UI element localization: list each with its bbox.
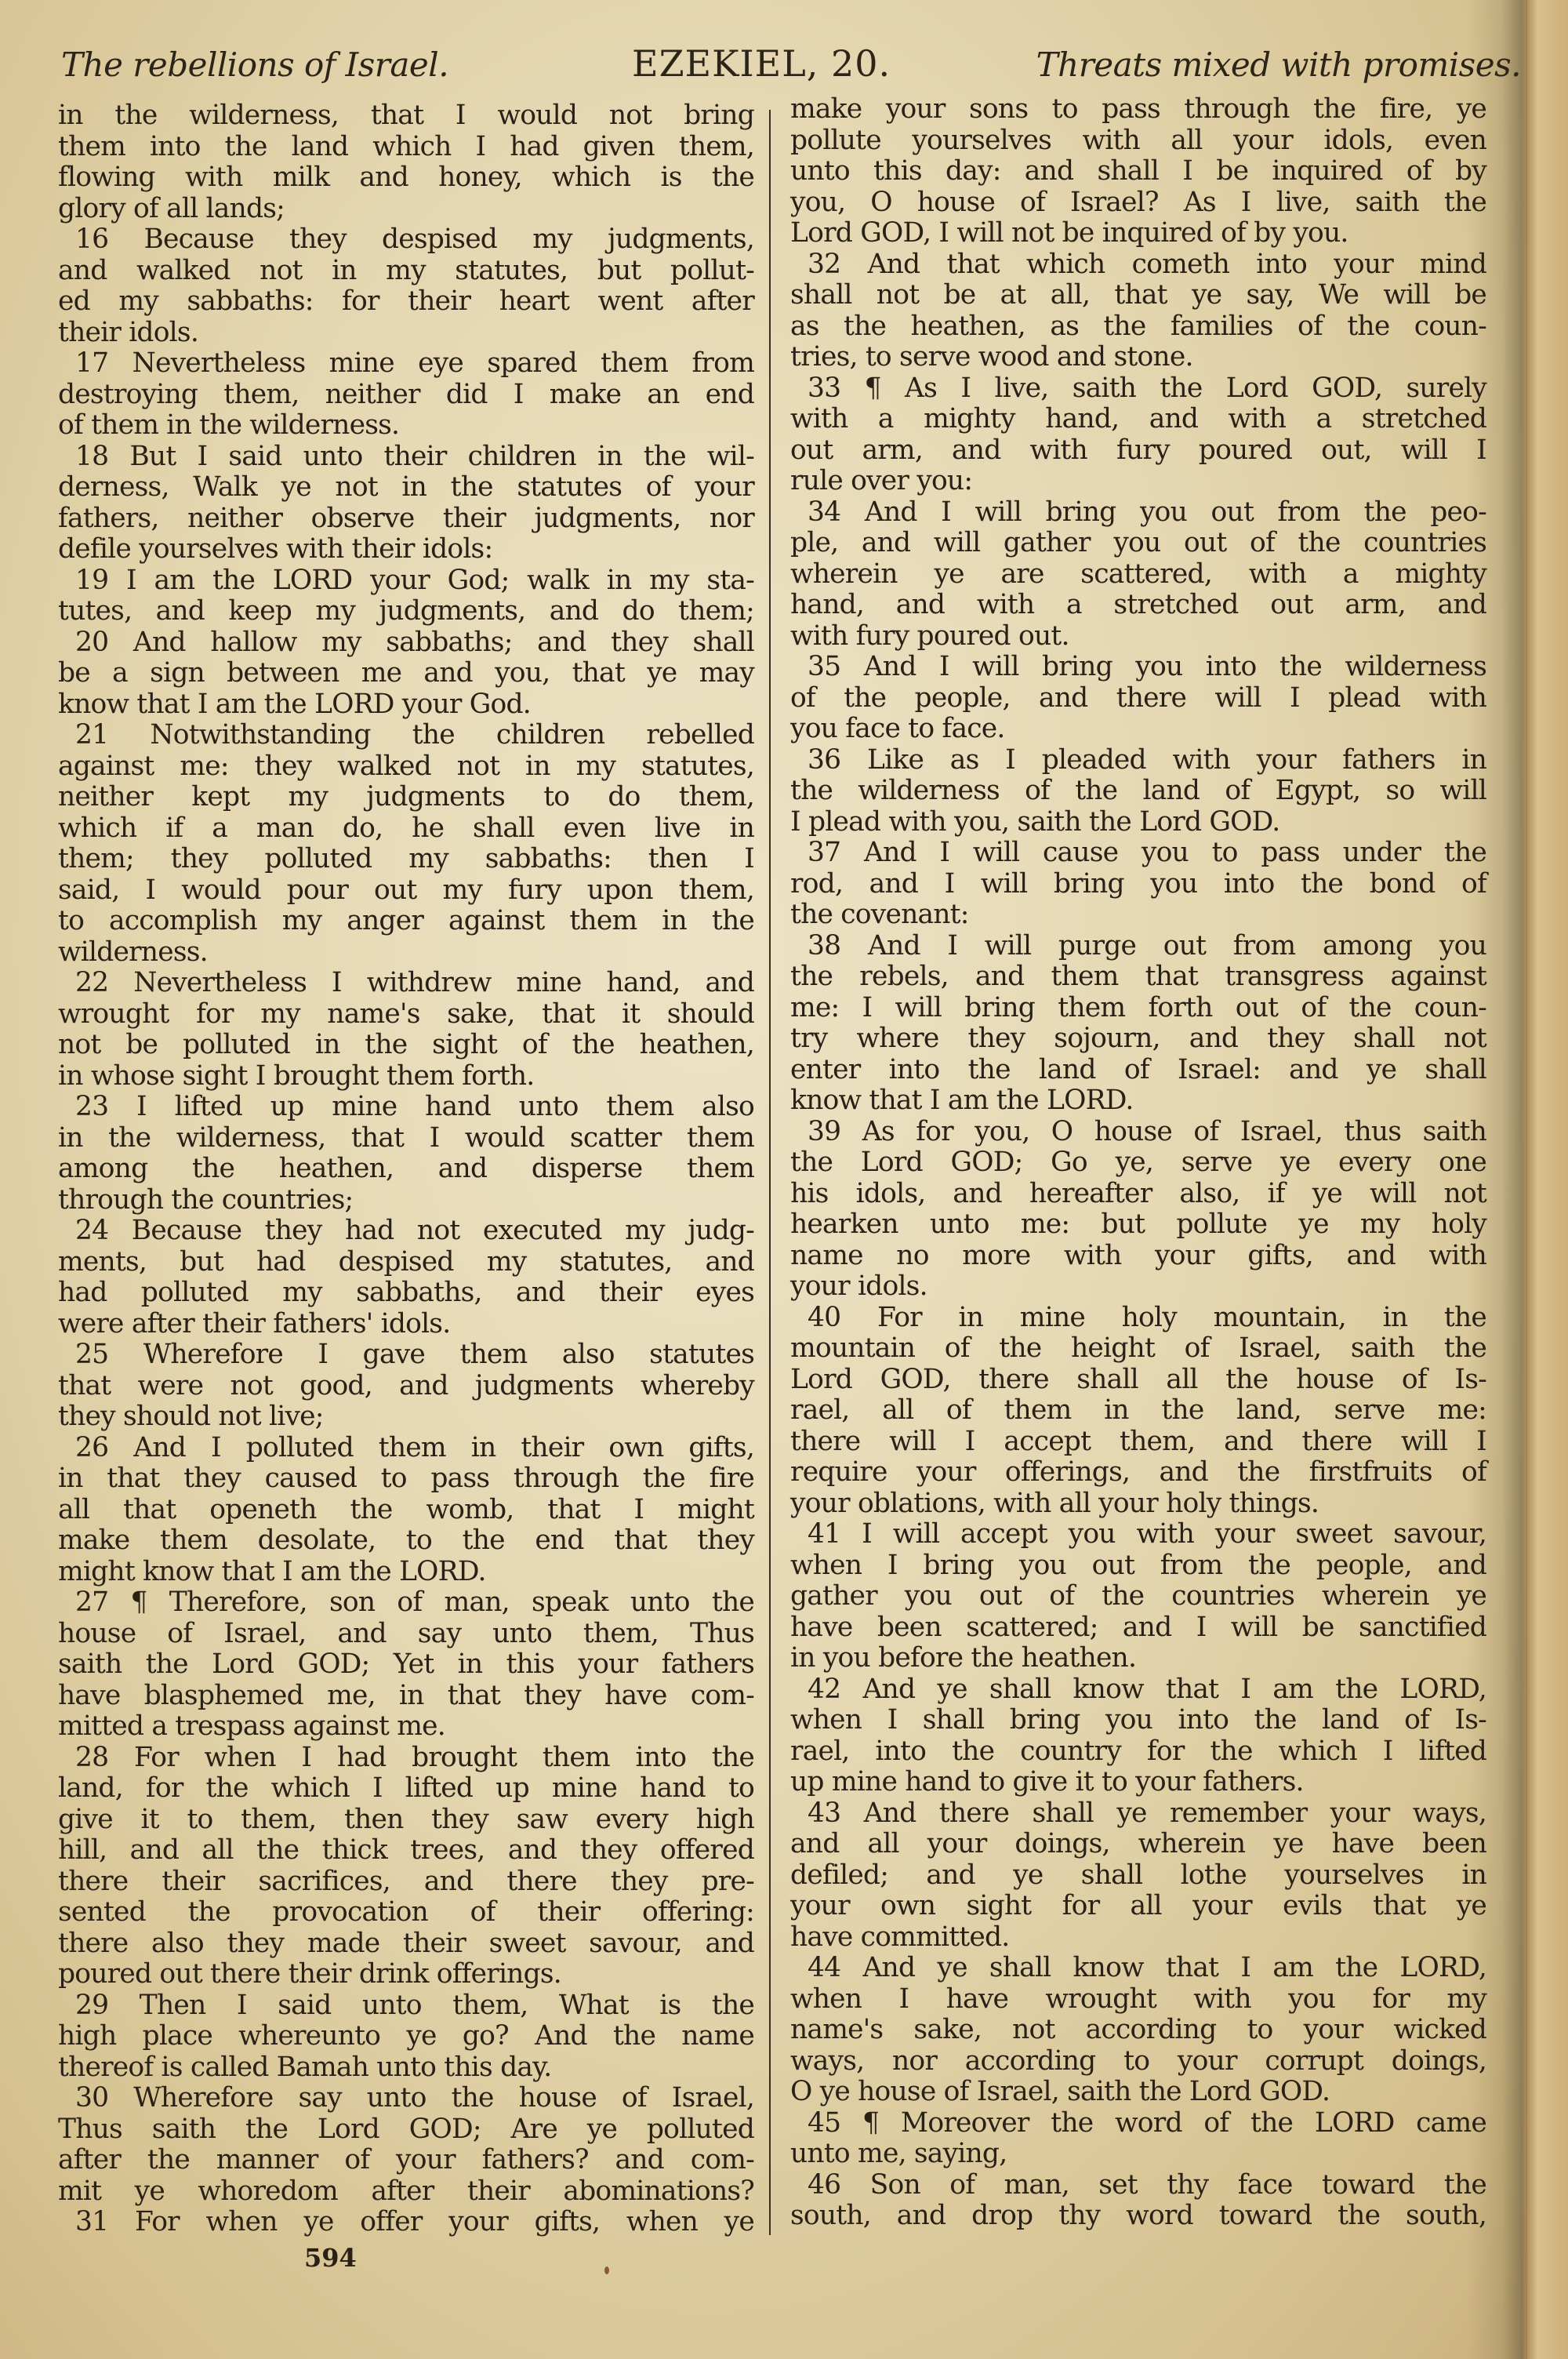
text-line: in the wilderness, that I would not brin… [58, 100, 754, 132]
text-line: hill, and all the thick trees, and they … [58, 1835, 754, 1866]
text-line: land, for the which I lifted up mine han… [58, 1773, 754, 1805]
text-line: as the heathen, as the families of the c… [790, 311, 1486, 343]
text-line: hand, and with a stretched out arm, and [790, 590, 1486, 621]
text-line: saith the Lord GOD; Yet in this your fat… [58, 1649, 754, 1681]
text-line: tries, to serve wood and stone. [790, 342, 1486, 373]
text-line: your own sight for all your evils that y… [790, 1891, 1486, 1922]
verse-start-line: 30 Wherefore say unto the house of Israe… [58, 2083, 754, 2114]
text-line: you face to face. [790, 714, 1486, 745]
text-line: me: I will bring them forth out of the c… [790, 993, 1486, 1024]
text-line: the rebels, and them that transgress aga… [790, 961, 1486, 993]
text-line: in that they caused to pass through the … [58, 1463, 754, 1495]
text-line: rod, and I will bring you into the bond … [790, 869, 1486, 900]
page-edge [1526, 0, 1527, 2359]
text-line: try where they sojourn, and they shall n… [790, 1023, 1486, 1055]
text-line: wrought for my name's sake, that it shou… [58, 999, 754, 1030]
text-line: the Lord GOD; Go ye, serve ye every one [790, 1147, 1486, 1179]
verse-start-line: 41 I will accept you with your sweet sav… [790, 1519, 1486, 1550]
text-line: your idols. [790, 1271, 1486, 1303]
text-line: pollute yourselves with all your idols, … [790, 125, 1486, 157]
text-line: Thus saith the Lord GOD; Are ye polluted [58, 2114, 754, 2146]
text-line: give it to them, then they saw every hig… [58, 1805, 754, 1836]
verse-start-line: 24 Because they had not executed my judg… [58, 1216, 754, 1247]
text-line: ple, and will gather you out of the coun… [790, 528, 1486, 559]
text-line: enter into the land of Israel: and ye sh… [790, 1055, 1486, 1086]
right-text-column: make your sons to pass through the fire,… [790, 94, 1486, 2232]
running-head: The rebellions of Israel. EZEKIEL, 20. T… [61, 39, 1521, 86]
verse-start-line: 32 And that which cometh into your mind [790, 249, 1486, 281]
text-line: tutes, and keep my judgments, and do the… [58, 596, 754, 627]
text-line: there also they made their sweet savour,… [58, 1928, 754, 1960]
text-line: poured out there their drink offerings. [58, 1959, 754, 1990]
text-line: wherein ye are scattered, with a mighty [790, 559, 1486, 591]
text-line: glory of all lands; [58, 194, 754, 225]
text-line: fathers, neither observe their judgments… [58, 503, 754, 535]
verse-start-line: 28 For when I had brought them into the [58, 1743, 754, 1774]
text-line: unto this day: and shall I be inquired o… [790, 156, 1486, 187]
text-line: rule over you: [790, 466, 1486, 497]
text-line: you, O house of Israel? As I live, saith… [790, 187, 1486, 219]
verse-start-line: 31 For when ye offer your gifts, when ye [58, 2207, 754, 2238]
text-line: against me: they walked not in my statut… [58, 751, 754, 783]
text-line: might know that I am the LORD. [58, 1557, 754, 1588]
text-line: neither kept my judgments to do them, [58, 782, 754, 813]
running-head-left: The rebellions of Israel. [61, 45, 448, 84]
text-line: gather you out of the countries wherein … [790, 1581, 1486, 1612]
text-line: of them in the wilderness. [58, 410, 754, 442]
verse-start-line: 37 And I will cause you to pass under th… [790, 838, 1486, 869]
text-line: flowing with milk and honey, which is th… [58, 162, 754, 194]
verse-start-line: 38 And I will purge out from among you [790, 931, 1486, 962]
text-line: his idols, and hereafter also, if ye wil… [790, 1179, 1486, 1210]
text-line: house of Israel, and say unto them, Thus [58, 1619, 754, 1650]
verse-start-line: 39 As for you, O house of Israel, thus s… [790, 1117, 1486, 1148]
text-line: require your offerings, and the firstfru… [790, 1457, 1486, 1488]
text-line: name's sake, not according to your wicke… [790, 2015, 1486, 2046]
verse-start-line: 46 Son of man, set thy face toward the [790, 2170, 1486, 2201]
text-line: know that I am the LORD. [790, 1085, 1486, 1117]
text-line: south, and drop thy word toward the sout… [790, 2201, 1486, 2232]
text-line: sented the provocation of their offering… [58, 1897, 754, 1928]
text-line: thereof is called Bamah unto this day. [58, 2052, 754, 2084]
text-line: out arm, and with fury poured out, will … [790, 435, 1486, 467]
verse-start-line: 25 Wherefore I gave them also statutes [58, 1339, 754, 1371]
text-line: have been scattered; and I will be sanct… [790, 1612, 1486, 1644]
text-line: were after their fathers' idols. [58, 1309, 754, 1340]
text-line: wilderness. [58, 937, 754, 969]
text-line: ments, but had despised my statutes, and [58, 1247, 754, 1278]
verse-start-line: 21 Notwithstanding the children rebelled [58, 720, 754, 751]
text-line: shall not be at all, that ye say, We wil… [790, 280, 1486, 311]
text-line: not be polluted in the sight of the heat… [58, 1030, 754, 1061]
text-line: Lord GOD, I will not be inquired of by y… [790, 218, 1486, 249]
text-line: had polluted my sabbaths, and their eyes [58, 1278, 754, 1309]
column-rule [769, 110, 771, 2235]
text-line: their idols. [58, 318, 754, 349]
text-line: derness, Walk ye not in the statutes of … [58, 472, 754, 503]
text-line: they should not live; [58, 1401, 754, 1433]
text-line: through the countries; [58, 1185, 754, 1216]
text-line: after the manner of your fathers? and co… [58, 2145, 754, 2176]
text-line: when I shall bring you into the land of … [790, 1705, 1486, 1736]
text-line: know that I am the LORD your God. [58, 689, 754, 721]
verse-start-line: 29 Then I said unto them, What is the [58, 1990, 754, 2022]
text-line: mitted a trespass against me. [58, 1711, 754, 1743]
verse-start-line: 33 ¶ As I live, saith the Lord GOD, sure… [790, 373, 1486, 405]
verse-start-line: 22 Nevertheless I withdrew mine hand, an… [58, 968, 754, 999]
text-line: when I bring you out from the people, an… [790, 1550, 1486, 1582]
text-line: and walked not in my statutes, but pollu… [58, 256, 754, 287]
verse-start-line: 43 And there shall ye remember your ways… [790, 1798, 1486, 1830]
text-line: your oblations, with all your holy thing… [790, 1488, 1486, 1520]
text-line: them into the land which I had given the… [58, 132, 754, 163]
text-line: which if a man do, he shall even live in [58, 813, 754, 845]
verse-start-line: 19 I am the LORD your God; walk in my st… [58, 565, 754, 597]
text-line: with fury poured out. [790, 621, 1486, 652]
scanned-book-page: The rebellions of Israel. EZEKIEL, 20. T… [0, 0, 1568, 2359]
verse-start-line: 35 And I will bring you into the wildern… [790, 652, 1486, 683]
verse-start-line: 45 ¶ Moreover the word of the LORD came [790, 2108, 1486, 2139]
text-line: mit ye whoredom after their abominations… [58, 2176, 754, 2208]
text-line: them; they polluted my sabbaths: then I [58, 844, 754, 875]
text-line: mountain of the height of Israel, saith … [790, 1333, 1486, 1365]
text-line: name no more with your gifts, and with [790, 1241, 1486, 1272]
text-line: that were not good, and judgments whereb… [58, 1371, 754, 1402]
text-line: defile yourselves with their idols: [58, 534, 754, 565]
text-line: high place whereunto ye go? And the name [58, 2021, 754, 2052]
text-line: said, I would pour out my fury upon them… [58, 875, 754, 907]
text-line: make them desolate, to the end that they [58, 1525, 754, 1557]
verse-start-line: 18 But I said unto their children in the… [58, 442, 754, 473]
verse-start-line: 20 And hallow my sabbaths; and they shal… [58, 627, 754, 659]
text-line: O ye house of Israel, saith the Lord GOD… [790, 2077, 1486, 2108]
text-line: when I have wrought with you for my [790, 1984, 1486, 2016]
verse-start-line: 23 I lifted up mine hand unto them also [58, 1092, 754, 1123]
text-line: make your sons to pass through the fire,… [790, 94, 1486, 125]
text-line: I plead with you, saith the Lord GOD. [790, 807, 1486, 838]
left-text-column: in the wilderness, that I would not brin… [58, 100, 754, 2238]
text-line: there their sacrifices, and there they p… [58, 1866, 754, 1898]
text-line: in the wilderness, that I would scatter … [58, 1123, 754, 1154]
text-line: the covenant: [790, 900, 1486, 931]
text-line: ed my sabbaths: for their heart went aft… [58, 286, 754, 318]
paper-speck [604, 2266, 609, 2274]
text-line: in whose sight I brought them forth. [58, 1061, 754, 1092]
text-line: ways, nor according to your corrupt doin… [790, 2046, 1486, 2077]
verse-start-line: 17 Nevertheless mine eye spared them fro… [58, 348, 754, 380]
text-line: all that openeth the womb, that I might [58, 1495, 754, 1526]
verse-start-line: 34 And I will bring you out from the peo… [790, 497, 1486, 529]
verse-start-line: 26 And I polluted them in their own gift… [58, 1433, 754, 1464]
text-line: with a mighty hand, and with a stretched [790, 404, 1486, 435]
verse-start-line: 27 ¶ Therefore, son of man, speak unto t… [58, 1587, 754, 1619]
page-number: 594 [304, 2243, 357, 2273]
text-line: Lord GOD, there shall all the house of I… [790, 1365, 1486, 1396]
text-line: there will I accept them, and there will… [790, 1427, 1486, 1458]
text-line: have blasphemed me, in that they have co… [58, 1681, 754, 1712]
text-line: up mine hand to give it to your fathers. [790, 1767, 1486, 1798]
text-line: destroying them, neither did I make an e… [58, 380, 754, 411]
text-line: hearken unto me: but pollute ye my holy [790, 1209, 1486, 1241]
book-chapter-title: EZEKIEL, 20. [632, 42, 891, 85]
text-line: the wilderness of the land of Egypt, so … [790, 776, 1486, 807]
text-line: rael, into the country for the which I l… [790, 1736, 1486, 1768]
text-line: have committed. [790, 1922, 1486, 1954]
verse-start-line: 16 Because they despised my judgments, [58, 224, 754, 256]
text-line: rael, all of them in the land, serve me: [790, 1395, 1486, 1427]
text-line: of the people, and there will I plead wi… [790, 683, 1486, 714]
verse-start-line: 44 And ye shall know that I am the LORD, [790, 1953, 1486, 1984]
text-line: and all your doings, wherein ye have bee… [790, 1829, 1486, 1860]
text-line: to accomplish my anger against them in t… [58, 906, 754, 937]
text-line: be a sign between me and you, that ye ma… [58, 658, 754, 689]
verse-start-line: 40 For in mine holy mountain, in the [790, 1303, 1486, 1334]
verse-start-line: 42 And ye shall know that I am the LORD, [790, 1674, 1486, 1706]
running-head-right: Threats mixed with promises. [1036, 45, 1521, 84]
text-line: unto me, saying, [790, 2139, 1486, 2170]
text-line: defiled; and ye shall lothe yourselves i… [790, 1860, 1486, 1892]
verse-start-line: 36 Like as I pleaded with your fathers i… [790, 745, 1486, 776]
text-line: among the heathen, and disperse them [58, 1154, 754, 1185]
text-line: in you before the heathen. [790, 1643, 1486, 1674]
